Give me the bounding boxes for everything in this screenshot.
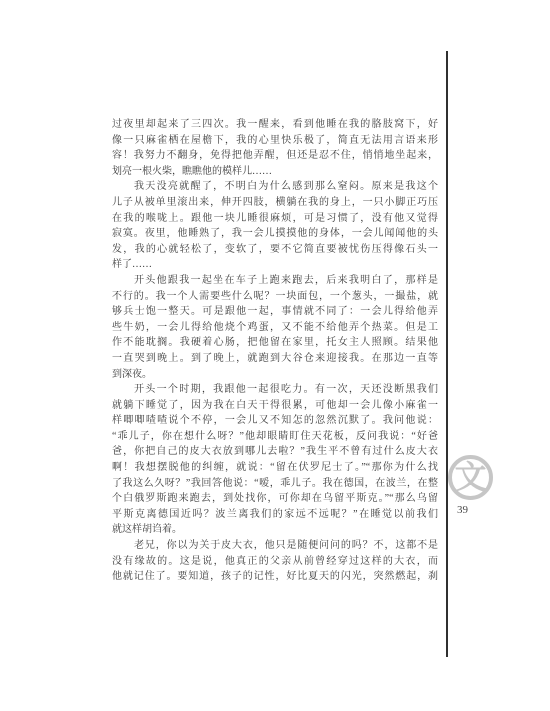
text-line: 些牛奶，一会儿得给他烧个鸡蛋，又不能不给他弄个热菜。但是工 [112, 320, 438, 336]
text-line: 一直哭到晚上。到了晚上，就跑到大谷仓来迎接我。在那边一直等 [112, 351, 438, 367]
text-line: 了我这么久呀？”我回答他说：“嗳，乖儿子。我在德国，在波兰，在整 [112, 476, 438, 492]
text-line: 就这样胡诌着。 [112, 522, 438, 538]
text-line: 样了…… [112, 257, 438, 273]
text-line: 到深夜。 [112, 367, 438, 383]
text-line: 寂寞。夜里，他睡熟了，我一会儿摸摸他的身体，一会儿闻闻他的头 [112, 226, 438, 242]
text-line: 在我的喉咙上。跟他一块儿睡很麻烦，可是习惯了，没有他又觉得 [112, 211, 438, 227]
text-line: 不行的。我一个人需要些什么呢？一块面包，一个葱头，一撮盐，就 [112, 289, 438, 305]
text-line: 划亮一根火柴，瞧瞧他的模样儿…… [112, 164, 438, 180]
text-line: 够兵士饱一整天。可是跟他一起，事情就不同了：一会儿得给他弄 [112, 304, 438, 320]
text-line: 就躺下睡觉了，因为我在白天干得很累，可他却一会儿像小麻雀一 [112, 398, 438, 414]
wen-character-icon: 文 [454, 461, 486, 493]
text-line: 平斯克离德国近吗？波兰离我们的家远不远呢？”在睡觉以前我们 [112, 507, 438, 523]
text-line: 作不能耽搁。我硬着心肠，把他留在家里，托女主人照顾。结果他 [112, 335, 438, 351]
text-line: 样唧唧喳喳说个不停，一会儿又不知怎的忽然沉默了。我问他说： [112, 413, 438, 429]
text-line: 爸，你把自己的皮大衣放到哪儿去啦？”我生平不曾有过什么皮大衣 [112, 444, 438, 460]
text-line: 开头一个时期，我跟他一起很吃力。有一次，天还没断黑我们 [112, 382, 438, 398]
text-line: 啊！我想摆脱他的纠缠，就说：“留在伏罗尼士了。”“那你为什么找 [112, 460, 438, 476]
text-line: 像一只麻雀栖在屋檐下，我的心里快乐极了，简直无法用言语来形 [112, 133, 438, 149]
scanned-book-page: 过夜里却起来了三四次。我一醒来，看到他睡在我的胳肢窝下，好像一只麻雀栖在屋檐下，… [0, 0, 550, 711]
text-block: 过夜里却起来了三四次。我一醒来，看到他睡在我的胳肢窝下，好像一只麻雀栖在屋檐下，… [112, 117, 438, 585]
page-margin-rule [446, 51, 448, 657]
text-line: 儿子从被单里滚出来，伸开四肢，横躺在我的身上，一只小脚正巧压 [112, 195, 438, 211]
text-line: 个白俄罗斯跑来跑去，到处找你，可你却在乌留平斯克。”“那么乌留 [112, 491, 438, 507]
text-line: 我天没亮就醒了，不明白为什么感到那么窒闷。原来是我这个 [112, 179, 438, 195]
text-line: 过夜里却起来了三四次。我一醒来，看到他睡在我的胳肢窝下，好 [112, 117, 438, 133]
text-line: 开头他跟我一起坐在车子上跑来跑去，后来我明白了，那样是 [112, 273, 438, 289]
text-line: 发，我的心就轻松了，变软了，要不它简直要被忧伤压得像石头一 [112, 242, 438, 258]
text-line: 老兄，你以为关于皮大衣，他只是随便问问的吗？不，这都不是 [112, 538, 438, 554]
text-line: 容！我努力不翻身，免得把他弄醒，但还是忍不住，悄悄地坐起来， [112, 148, 438, 164]
text-line: 他就记住了。要知道，孩子的记性，好比夏天的闪光，突然燃起，刹 [112, 569, 438, 585]
text-line: 没有缘故的。这是说，他真正的父亲从前曾经穿过这样的大衣，而 [112, 554, 438, 570]
text-line: “乖儿子，你在想什么呀？”他却眼睛盯住天花板，反问我说：“好爸 [112, 429, 438, 445]
page-number: 39 [457, 503, 468, 517]
publisher-stamp-watermark: 文 [448, 455, 493, 500]
